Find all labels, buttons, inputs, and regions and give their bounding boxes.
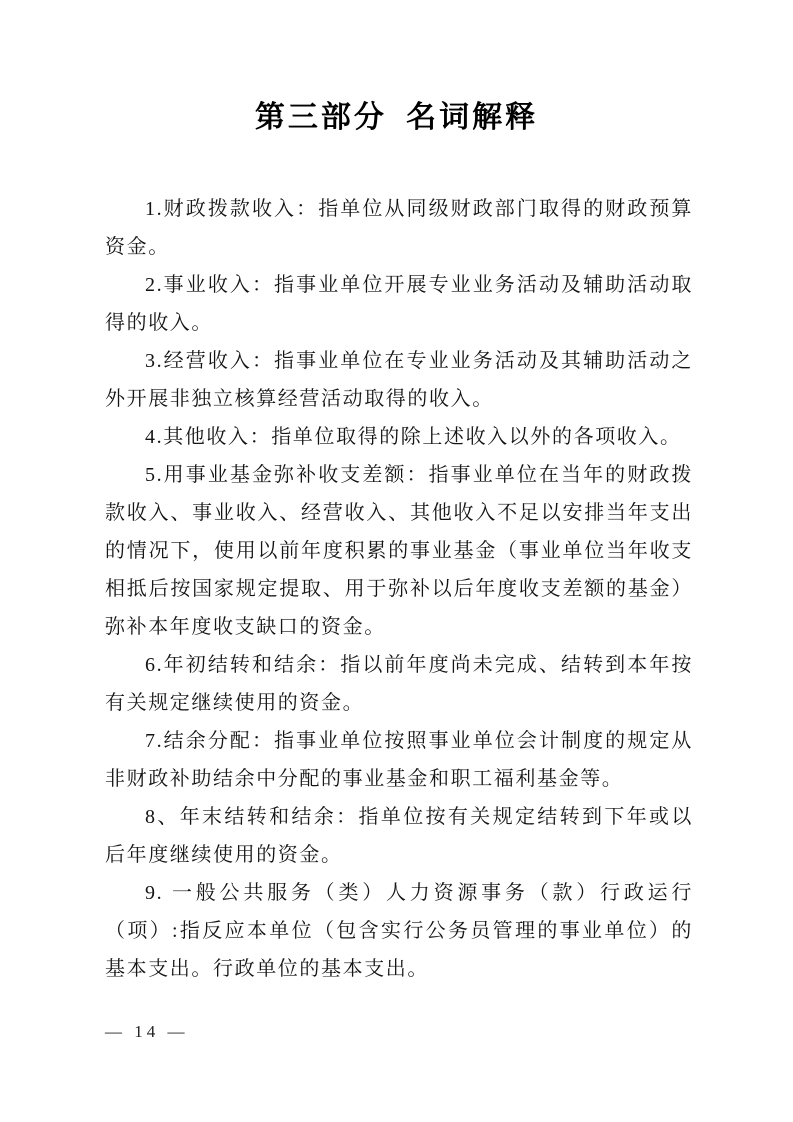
definition-paragraph: 2.事业收入：指事业单位开展专业业务活动及辅助活动取得的收入。 [105, 266, 693, 342]
definition-paragraph: 5.用事业基金弥补收支差额：指事业单位在当年的财政拨款收入、事业收入、经营收入、… [105, 456, 693, 646]
definition-paragraph: 9. 一般公共服务（类）人力资源事务（款）行政运行（项）:指反应本单位（包含实行… [105, 874, 693, 988]
document-title: 第三部分 名词解释 [0, 0, 793, 136]
definition-paragraph: 3.经营收入：指事业单位在专业业务活动及其辅助活动之外开展非独立核算经营活动取得… [105, 342, 693, 418]
page-number: — 14 — [105, 1022, 189, 1042]
definition-paragraph: 7.结余分配：指事业单位按照事业单位会计制度的规定从非财政补助结余中分配的事业基… [105, 722, 693, 798]
document-page: 第三部分 名词解释 1.财政拨款收入：指单位从同级财政部门取得的财政预算资金。2… [0, 0, 793, 1122]
definition-paragraph: 4.其他收入：指单位取得的除上述收入以外的各项收入。 [105, 418, 693, 456]
definition-paragraph: 6.年初结转和结余：指以前年度尚未完成、结转到本年按有关规定继续使用的资金。 [105, 646, 693, 722]
definition-paragraph: 8、年末结转和结余：指单位按有关规定结转到下年或以后年度继续使用的资金。 [105, 798, 693, 874]
definitions-list: 1.财政拨款收入：指单位从同级财政部门取得的财政预算资金。2.事业收入：指事业单… [105, 190, 693, 988]
definition-paragraph: 1.财政拨款收入：指单位从同级财政部门取得的财政预算资金。 [105, 190, 693, 266]
